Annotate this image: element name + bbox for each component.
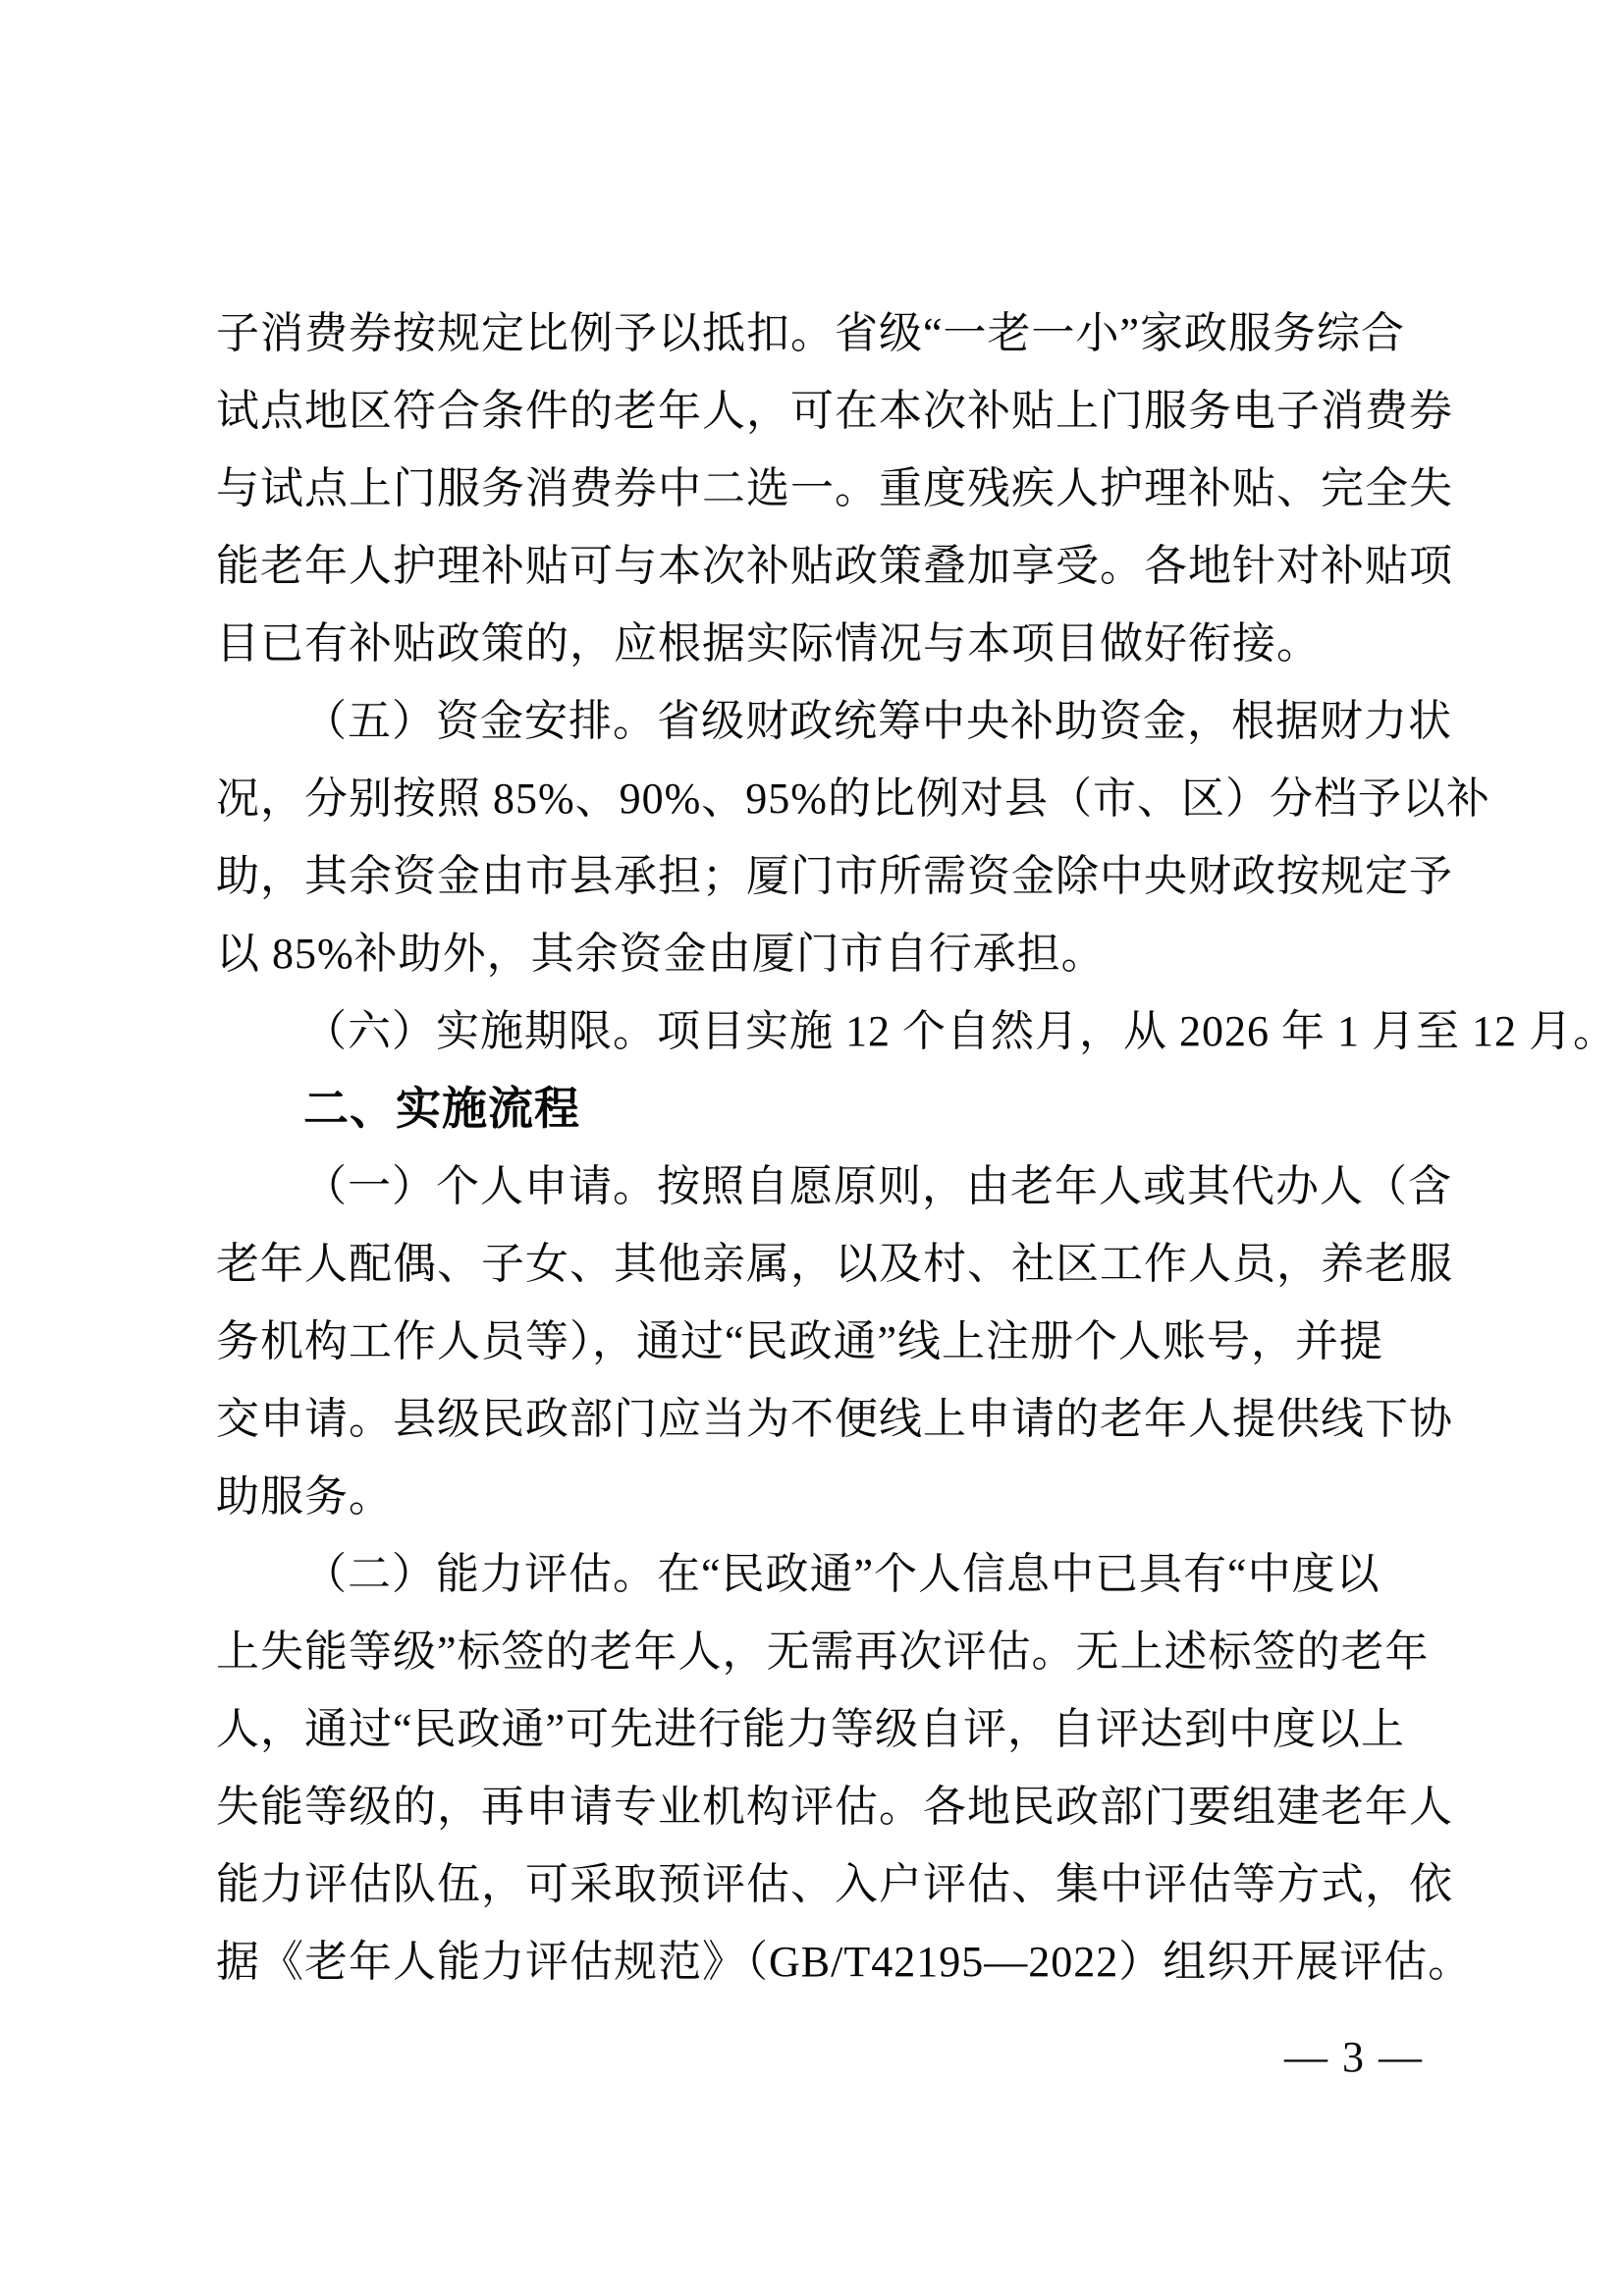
paragraph-start-application: （一）个人申请。按照自愿原则，由老年人或其代办人（含 — [216, 1148, 1426, 1225]
text-line: 据《老年人能力评估规范》（GB/T42195—2022）组织开展评估。 — [216, 1923, 1426, 2001]
paragraph-start-funding: （五）资金安排。省级财政统筹中央补助资金，根据财力状 — [216, 682, 1426, 760]
text-line: 助，其余资金由市县承担；厦门市所需资金除中央财政按规定予 — [216, 837, 1426, 915]
text-line: 人，通过“民政通”可先进行能力等级自评，自评达到中度以上 — [216, 1690, 1426, 1768]
text-line: 失能等级的，再申请专业机构评估。各地民政部门要组建老年人 — [216, 1768, 1426, 1845]
page-number: — 3 — — [1284, 2034, 1424, 2081]
text-line: 子消费券按规定比例予以抵扣。省级“一老一小”家政服务综合 — [216, 294, 1426, 372]
text-line: 以 85%补助外，其余资金由厦门市自行承担。 — [216, 915, 1426, 992]
text-line: 能老年人护理补贴可与本次补贴政策叠加享受。各地针对补贴项 — [216, 527, 1426, 605]
text-line: 况，分别按照 85%、90%、95%的比例对县（市、区）分档予以补 — [216, 760, 1426, 837]
text-line: 务机构工作人员等），通过“民政通”线上注册个人账号，并提 — [216, 1303, 1426, 1380]
text-line: 交申请。县级民政部门应当为不便线上申请的老年人提供线下协 — [216, 1380, 1426, 1458]
document-page: 子消费券按规定比例予以抵扣。省级“一老一小”家政服务综合 试点地区符合条件的老年… — [0, 0, 1624, 2296]
paragraph-start-assessment: （二）能力评估。在“民政通”个人信息中已具有“中度以 — [216, 1535, 1426, 1613]
document-body: 子消费券按规定比例予以抵扣。省级“一老一小”家政服务综合 试点地区符合条件的老年… — [216, 294, 1426, 2001]
text-line: 试点地区符合条件的老年人，可在本次补贴上门服务电子消费券 — [216, 372, 1426, 450]
text-line: 能力评估队伍，可采取预评估、入户评估、集中评估等方式，依 — [216, 1845, 1426, 1923]
paragraph-start-duration: （六）实施期限。项目实施 12 个自然月，从 2026 年 1 月至 12 月。 — [216, 992, 1426, 1070]
text-line: 助服务。 — [216, 1458, 1426, 1535]
text-line: 与试点上门服务消费券中二选一。重度残疾人护理补贴、完全失 — [216, 450, 1426, 527]
section-heading: 二、实施流程 — [216, 1070, 1426, 1148]
text-line: 老年人配偶、子女、其他亲属，以及村、社区工作人员，养老服 — [216, 1225, 1426, 1303]
text-line: 目已有补贴政策的，应根据实际情况与本项目做好衔接。 — [216, 605, 1426, 682]
text-line: 上失能等级”标签的老年人，无需再次评估。无上述标签的老年 — [216, 1613, 1426, 1690]
